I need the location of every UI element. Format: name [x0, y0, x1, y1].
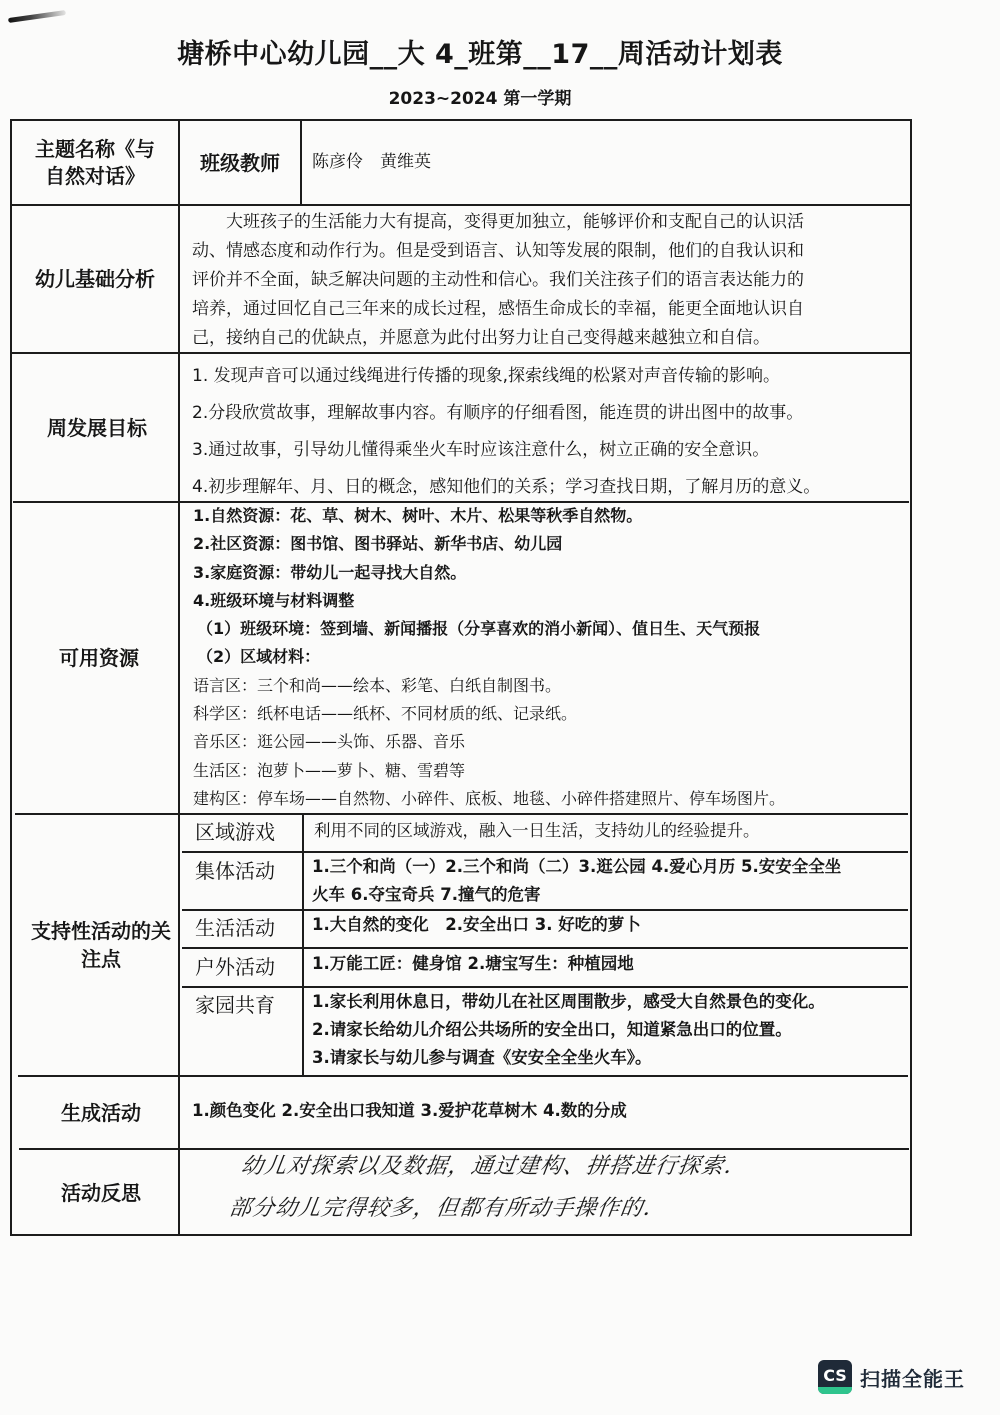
resource-item: 音乐区：逛公园——头饰、乐器、音乐: [193, 728, 905, 756]
page-subtitle: 2023~2024 第一学期: [0, 84, 960, 109]
analysis-text: 大班孩子的生活能力大有提高，变得更加独立，能够评价和支配自己的认识活 动、情感态…: [192, 208, 904, 353]
support-subrow-text: 1.三个和尚（一）2.三个和尚（二）3.逛公园 4.爱心月历 5.安安全全坐 火…: [312, 853, 841, 909]
support-line: 1.家长利用休息日，带幼儿在社区周围散步，感受大自然景色的变化。: [312, 988, 825, 1016]
analysis-line: 评价并不全面，缺乏解决问题的主动性和信心。我们关注孩子们的语言表达能力的: [192, 266, 904, 295]
support-line: 3.请家长与幼儿参与调查《安安全全坐火车》。: [312, 1044, 825, 1072]
support-subrow-text: 利用不同的区域游戏，融入一日生活，支持幼儿的经验提升。: [314, 817, 760, 845]
resources-label: 可用资源: [16, 503, 182, 813]
support-subrow-text: 1.大自然的变化 2.安全出口 3. 好吃的萝卜: [312, 911, 641, 939]
support-subrow-text: 1.家长利用休息日，带幼儿在社区周围散步，感受大自然景色的变化。 2.请家长给幼…: [312, 988, 825, 1072]
handwritten-line: 部分幼儿完得较多，但都有所动手操作的．: [226, 1188, 878, 1230]
pen-stroke-mark: [8, 10, 66, 23]
resource-item: 3.家庭资源：带幼儿一起寻找大自然。: [193, 559, 905, 587]
goal-item: 2.分段欣赏故事，理解故事内容。有顺序的仔细看图，能连贯的讲出图中的故事。: [192, 395, 904, 432]
camscanner-watermark: CS 扫描全能王: [818, 1360, 965, 1394]
support-subrow-name: 生活活动: [195, 912, 275, 941]
goal-item: 3.通过故事，引导幼儿懂得乘坐火车时应该注意什么，树立正确的安全意识。: [192, 432, 904, 469]
support-subrow-text: 1.万能工匠：健身馆 2.塘宝写生：种植园地: [312, 950, 634, 978]
analysis-line: 己，接纳自己的优缺点，并愿意为此付出努力让自己变得越来越独立和自信。: [192, 324, 904, 353]
resource-item: 科学区：纸杯电话——纸杯、不同材质的纸、记录纸。: [193, 700, 905, 728]
support-subrow-name: 户外活动: [195, 951, 275, 980]
resource-item: 语言区：三个和尚——绘本、彩笔、白纸自制图书。: [193, 672, 905, 700]
reflection-label: 活动反思: [20, 1150, 182, 1235]
theme-label: 主题名称《与自然对话》: [30, 121, 160, 205]
resource-item: 生活区：泡萝卜——萝卜、糖、雪碧等: [193, 757, 905, 785]
resource-item: 2.社区资源：图书馆、图书驿站、新华书店、幼儿园: [193, 530, 905, 558]
support-subrow-name: 集体活动: [195, 855, 275, 884]
subrow-divider: [182, 947, 908, 949]
resource-item: （1）班级环境：签到墙、新闻播报（分享喜欢的消小新闻）、值日生、天气预报: [197, 615, 905, 643]
goal-item: 1. 发现声音可以通过线绳进行传播的现象,探索线绳的松紧对声音传输的影响。: [192, 358, 904, 395]
analysis-label: 幼儿基础分析: [12, 206, 178, 352]
watermark-app-name: 扫描全能王: [860, 1363, 965, 1392]
support-line: 1.三个和尚（一）2.三个和尚（二）3.逛公园 4.爱心月历 5.安安全全坐: [312, 853, 841, 881]
resource-item: 建构区：停车场——自然物、小碎件、底板、地毯、小碎件搭建照片、停车场图片。: [193, 785, 905, 813]
goal-item: 4.初步理解年、月、日的概念，感知他们的关系；学习查找日期，了解月历的意义。: [192, 469, 904, 506]
teacher-label: 班级教师: [180, 121, 300, 205]
resource-item: 4.班级环境与材料调整: [193, 587, 905, 615]
support-label: 支持性活动的关注点: [28, 815, 174, 1075]
column-divider: [300, 119, 302, 205]
page-title: 塘桥中心幼儿园__大 4_班第__17__周活动计划表: [0, 32, 960, 71]
support-subrow-name: 区域游戏: [195, 816, 275, 845]
teacher-names: 陈彦伶 黄维英: [312, 148, 431, 177]
analysis-line: 大班孩子的生活能力大有提高，变得更加独立，能够评价和支配自己的认识活: [192, 208, 904, 237]
generated-text: 1.颜色变化 2.安全出口我知道 3.爱护花草树木 4.数的分成: [192, 1097, 627, 1125]
handwritten-line: 幼儿对探索以及数据，通过建构、拼搭进行探索．: [238, 1146, 884, 1188]
camscanner-logo-icon: CS: [818, 1360, 852, 1394]
goals-label: 周发展目标: [14, 354, 180, 501]
support-line: 火车 6.夺宝奇兵 7.撞气的危害: [312, 881, 841, 909]
analysis-line: 动、情感态度和动作行为。但是受到语言、认知等发展的限制，他们的自我认识和: [192, 237, 904, 266]
resource-item: 1.自然资源：花、草、树木、树叶、木片、松果等秋季自然物。: [193, 502, 905, 530]
analysis-line: 培养，通过回忆自己三年来的成长过程，感悟生命成长的幸福，能更全面地认识自: [192, 295, 904, 324]
goals-list: 1. 发现声音可以通过线绳进行传播的现象,探索线绳的松紧对声音传输的影响。 2.…: [192, 358, 904, 506]
generated-label: 生成活动: [20, 1077, 182, 1148]
support-subrow-name: 家园共育: [195, 989, 275, 1018]
resources-list: 1.自然资源：花、草、树木、树叶、木片、松果等秋季自然物。 2.社区资源：图书馆…: [193, 502, 905, 813]
resource-item: （2）区域材料：: [197, 643, 905, 671]
support-line: 2.请家长给幼儿介绍公共场所的安全出口，知道紧急出口的位置。: [312, 1016, 825, 1044]
reflection-handwriting: 幼儿对探索以及数据，通过建构、拼搭进行探索． 部分幼儿完得较多，但都有所动手操作…: [232, 1146, 884, 1230]
